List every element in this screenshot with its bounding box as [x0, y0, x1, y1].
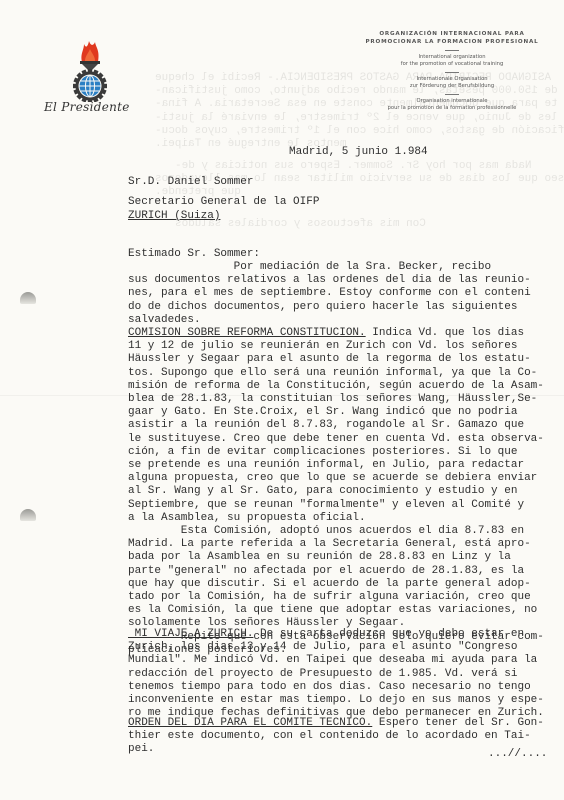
paragraph-line: salvadedes.	[128, 314, 201, 327]
paragraph-line: se pretende es una reunión informal, en …	[128, 459, 524, 472]
paragraph-line: do de dichos documentos, pero quiero hac…	[128, 301, 517, 314]
org-translation-de: Internationale Organisation	[340, 76, 564, 83]
paragraph-line: redacción del proyecto de Presupuesto de…	[128, 668, 517, 681]
paragraph-line: sus documentos relativos a las ordenes d…	[128, 274, 531, 287]
org-translation-de: zur Förderung der Berufsbildung	[340, 83, 564, 90]
org-translation-en: for the promotion of vocational training	[340, 61, 564, 68]
bleed-through-line: les de Junio, que vence el 2º trimestre,…	[155, 112, 558, 125]
org-translation-fr: pour la promotion de la formation profes…	[340, 105, 564, 112]
paragraph-line: blea de 28.1.83, la constituian los seño…	[128, 393, 537, 406]
paragraph-line: Madrid. La parte referida a la Secretari…	[128, 538, 531, 551]
paragraph-line: es la Comisión, la que tiene que adoptar…	[128, 604, 537, 617]
paragraph-line: gaar y Gato. En Ste.Croix, el Sr. Wang i…	[128, 406, 517, 419]
torch-globe-gear-icon	[68, 40, 112, 102]
paragraph-line: Septiembre, que se reunan "formalmente" …	[128, 499, 524, 512]
paragraph-line: bada por la Asamblea en su reunión de 28…	[128, 551, 511, 564]
section-first-line: MI VIAJE A ZURICH. De su carta deduzco q…	[128, 628, 524, 641]
organization-header: ORGANIZACIÓN INTERNACIONAL PARA PROMOCIO…	[340, 30, 564, 112]
punch-hole	[20, 509, 36, 521]
paragraph-line: parte "general" no afectada por el acuer…	[128, 565, 524, 578]
letter-page: ASIGNADO RECIBIDA PARA GASTOS PRESIDENCI…	[0, 0, 564, 800]
divider	[445, 72, 459, 73]
signature-title: El Presidente	[44, 100, 130, 114]
paragraph-line: tos. Supongo que ello será una reunión i…	[128, 367, 537, 380]
section-heading: MI VIAJE A ZURICH.	[128, 628, 253, 640]
paragraph-line: alguna propuesta, creo que lo que se acu…	[128, 472, 537, 485]
paragraph-line: Häussler y Segaar para el asunto de la r…	[128, 353, 531, 366]
paragraph-line: Por mediación de la Sra. Becker, recibo	[128, 261, 491, 274]
paragraph-line: le sustituyese. Creo que debe tener en c…	[128, 433, 544, 446]
section-text: De su carta deduzco que yo debo estar en	[253, 628, 524, 640]
paragraph-line: nes, para el mes de septiembre. Estoy co…	[128, 287, 531, 300]
punch-hole	[20, 292, 36, 304]
paragraph-line: 11 y 12 de julio se reunierán en Zurich …	[128, 340, 517, 353]
recipient-title: Secretario General de la OIFP	[128, 196, 319, 209]
org-translation-fr: Organisation internationale	[340, 98, 564, 105]
paragraph-line: que hay que discutir. Si el acuerdo de l…	[128, 578, 531, 591]
paragraph-line: al Sr. Wang y al Sr. Gato, para conocimi…	[128, 485, 517, 498]
divider	[445, 94, 459, 95]
paragraph-line: tenemos tiempo para todo en dos dias. Ca…	[128, 681, 531, 694]
paragraph-line: ción, a fin de evitar complicaciones pos…	[128, 446, 517, 459]
section-heading: COMISION SOBRE REFORMA CONSTITUCION.	[128, 327, 366, 339]
paragraph-line: a la Asamblea, su propuesta oficial.	[128, 512, 366, 525]
paragraph-line: Mundial". Me indicó Vd. en Taipei que de…	[128, 654, 537, 667]
paragraph-line: misión de reforma de la Constitución, se…	[128, 380, 544, 393]
paragraph-line: thier este documento, con el contenido d…	[128, 730, 531, 743]
paragraph-line: inconveniente en estar mas tiempo. Lo de…	[128, 694, 544, 707]
paragraph-line: asistir a la reunión del 8.7.83, rogando…	[128, 419, 524, 432]
paragraph-line: pei.	[128, 743, 154, 756]
salutation: Estimado Sr. Sommer:	[128, 248, 260, 261]
section-first-line: ORDEN DEL DIA PARA EL COMITE TECNICO. Es…	[128, 717, 544, 730]
org-translation-en: International organization	[340, 54, 564, 61]
recipient-city: ZURICH (Suiza)	[128, 210, 220, 223]
bleed-through-line: Nada mas por hoy Sr. Sommer. Espero sus …	[175, 160, 531, 173]
section-first-line: COMISION SOBRE REFORMA CONSTITUCION. Ind…	[128, 327, 524, 340]
section-text: Espero tener del Sr. Gon-	[372, 717, 544, 729]
bleed-through-line: ficación de gastos, como hice con el 1º …	[155, 125, 564, 138]
section-text: Indica Vd. que los dias	[366, 327, 524, 339]
org-name-line: PROMOCIONAR LA FORMACION PROFESIONAL	[340, 38, 564, 46]
continuation-mark: ...//....	[488, 748, 547, 761]
paragraph-line: Esta Comisión, adoptó unos acuerdos el d…	[128, 525, 524, 538]
section-heading: ORDEN DEL DIA PARA EL COMITE TECNICO.	[128, 717, 372, 729]
letter-date: Madrid, 5 junio 1.984	[289, 146, 428, 159]
paragraph-line: tado por la Comisión, ha de sufrir algun…	[128, 591, 531, 604]
org-name-line: ORGANIZACIÓN INTERNACIONAL PARA	[340, 30, 564, 38]
divider	[445, 50, 459, 51]
recipient-name: Sr.D. Daniel Sommer	[128, 176, 253, 189]
paragraph-line: Zurich, los dias 13 y 14 de Julio, para …	[128, 641, 517, 654]
